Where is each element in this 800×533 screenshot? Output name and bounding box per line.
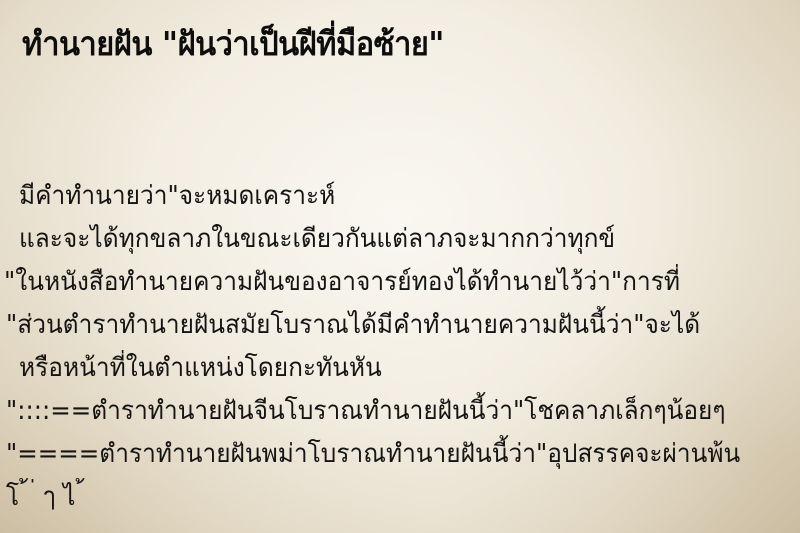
prediction-line: มีคำทำนายว่า"จะหมดเคราะห์ bbox=[19, 176, 335, 216]
prediction-line-partial: โ ้ ่ ๅ ไ ้ bbox=[6, 477, 84, 517]
prediction-line: "::::==ตำราทำนายฝันจีนโบราณทำนายฝันนี้ว่… bbox=[6, 391, 726, 431]
prediction-line: หรือหน้าที่ในตำแหน่งโดยกะทันหัน bbox=[19, 348, 382, 388]
prediction-line: "ส่วนตำราทำนายฝันสมัยโบราณได้มีคำทำนายคว… bbox=[6, 305, 700, 345]
prediction-line: "====ตำราทำนายฝันพม่าโบราณทำนายฝันนี้ว่า… bbox=[6, 434, 740, 474]
page-title: ทำนายฝัน "ฝันว่าเป็นฝีที่มือซ้าย" bbox=[22, 14, 444, 74]
prediction-line: "ในหนังสือทำนายความฝันของอาจารย์ทองได้ทำ… bbox=[4, 262, 680, 302]
prediction-line: และจะได้ทุกขลาภในขณะเดียวกันแต่ลาภจะมากก… bbox=[19, 219, 615, 259]
